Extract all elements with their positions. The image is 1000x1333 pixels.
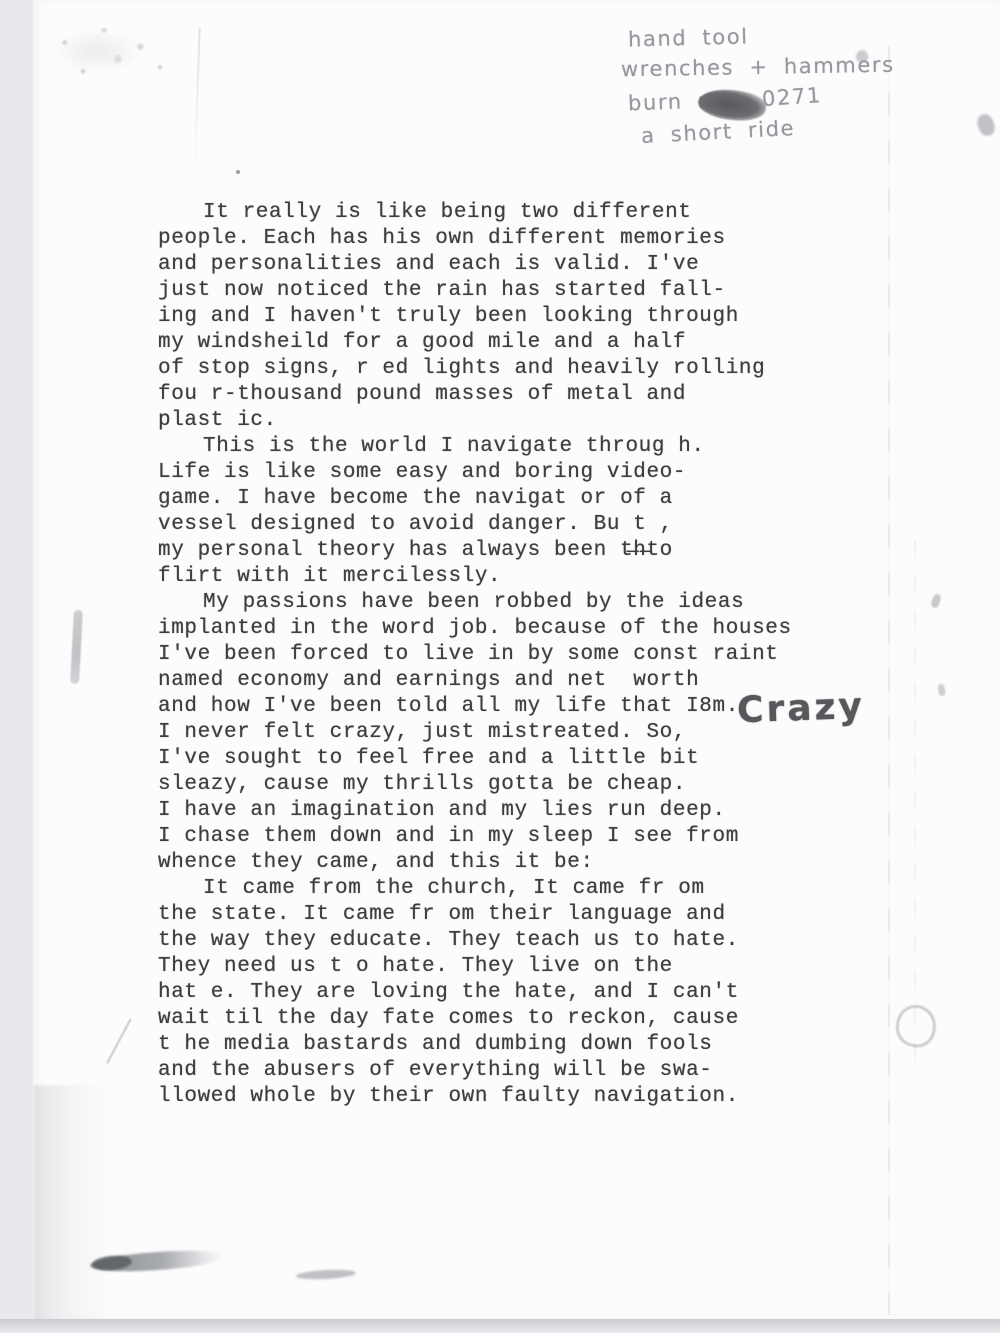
typed-line: They need us t o hate. They live on the (158, 954, 858, 980)
handwritten-note-line1: hand tool (628, 24, 749, 51)
typed-line: plast ic. (158, 408, 858, 434)
typed-line: of stop signs, r ed lights and heavily r… (158, 356, 858, 382)
typed-line: wait til the day fate comes to reckon, c… (158, 1006, 858, 1032)
scanned-document-page: hand tool wrenches + hammers burn r 0271… (0, 0, 1000, 1333)
typed-line: I chase them down and in my sleep I see … (158, 824, 858, 850)
handwritten-note-line3-right: 0271 (761, 83, 822, 111)
typed-line: fou r-thousand pound masses of metal and (158, 382, 858, 408)
typed-line: It really is like being two different (158, 200, 858, 226)
typed-line: Life is like some easy and boring video- (158, 460, 858, 486)
typed-line: and the abusers of everything will be sw… (158, 1058, 858, 1084)
typed-paragraph-3: My passions have been robbed by the idea… (158, 590, 858, 876)
typed-line: and personalities and each is valid. I'v… (158, 252, 858, 278)
typed-line: I've sought to feel free and a little bi… (158, 746, 858, 772)
typed-line: just now noticed the rain has started fa… (158, 278, 858, 304)
scan-speckle-bottom-left (34, 1085, 109, 1320)
typed-line: t he media bastards and dumbing down foo… (158, 1032, 858, 1058)
handwritten-note-line3-left: burn r (628, 89, 709, 116)
typed-paragraph-2: This is the world I navigate throug h. L… (158, 434, 858, 590)
typed-line: My passions have been robbed by the idea… (158, 590, 858, 616)
scanner-edge-bottom (0, 1319, 1000, 1333)
typed-line: I've been forced to live in by some cons… (158, 642, 858, 668)
typed-line: vessel designed to avoid danger. Bu t , (158, 512, 858, 538)
scanner-edge-left (0, 0, 33, 1333)
typed-line: whence they came, and this it be: (158, 850, 858, 876)
typed-line: I have an imagination and my lies run de… (158, 798, 858, 824)
speck-top-center (236, 170, 240, 174)
typed-line: people. Each has his own different memor… (158, 226, 858, 252)
typed-text-body: It really is like being two different pe… (158, 200, 858, 1110)
typed-line: flirt with it mercilessly. (158, 564, 858, 590)
typed-line: It came from the church, It came fr om (158, 876, 858, 902)
scan-streak-right-2 (914, 540, 916, 1080)
typed-line: This is the world I navigate throug h. (158, 434, 858, 460)
typed-line: my personal theory has always been t̶h̶t… (158, 538, 858, 564)
scan-streak-right (888, 45, 890, 1315)
typed-line: implanted in the word job. because of th… (158, 616, 858, 642)
typed-paragraph-4: It came from the church, It came fr om t… (158, 876, 858, 1110)
typed-line: hat e. They are loving the hate, and I c… (158, 980, 858, 1006)
typed-line: sleazy, cause my thrills gotta be cheap. (158, 772, 858, 798)
typed-line: llowed whole by their own faulty navigat… (158, 1084, 858, 1110)
typed-line: the way they educate. They teach us to h… (158, 928, 858, 954)
handwritten-note-line2: wrenches + hammers (621, 53, 895, 82)
typed-line: game. I have become the navigat or of a (158, 486, 858, 512)
typed-line: my windsheild for a good mile and a half (158, 330, 858, 356)
handwritten-crazy-word: Crazy (736, 686, 865, 731)
typed-line: the state. It came fr om their language … (158, 902, 858, 928)
typed-line: ing and I haven't truly been looking thr… (158, 304, 858, 330)
scan-speckle-top-left (48, 18, 188, 100)
typed-paragraph-1: It really is like being two different pe… (158, 200, 858, 434)
